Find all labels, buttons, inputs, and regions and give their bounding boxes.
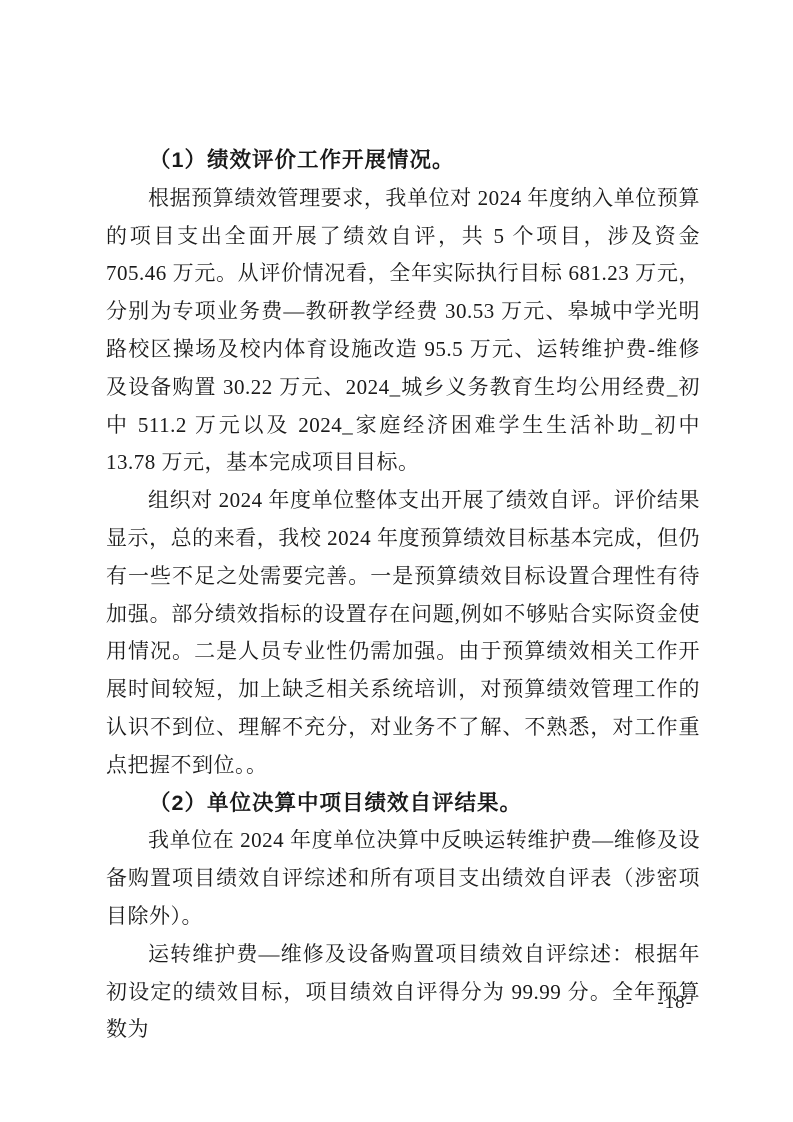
paragraph-overall-expenditure-evaluation: 组织对 2024 年度单位整体支出开展了绩效自评。评价结果显示，总的来看，我校 …: [106, 482, 700, 784]
section-heading-final-accounts-results: （2）单位决算中项目绩效自评结果。: [106, 785, 700, 823]
document-page: （1）绩效评价工作开展情况。 根据预算绩效管理要求，我单位对 2024 年度纳入…: [0, 0, 793, 1122]
section-heading-performance-evaluation: （1）绩效评价工作开展情况。: [106, 142, 700, 180]
paragraph-self-evaluation-overview: 根据预算绩效管理要求，我单位对 2024 年度纳入单位预算的项目支出全面开展了绩…: [106, 180, 700, 482]
page-number: -18-: [657, 992, 693, 1014]
paragraph-final-accounts-reflection: 我单位在 2024 年度单位决算中反映运转维护费—维修及设备购置项目绩效自评综述…: [106, 822, 700, 935]
paragraph-maintenance-fee-summary: 运转维护费—维修及设备购置项目绩效自评综述：根据年初设定的绩效目标，项目绩效自评…: [106, 936, 700, 1049]
page-body-text: （1）绩效评价工作开展情况。 根据预算绩效管理要求，我单位对 2024 年度纳入…: [106, 142, 700, 1049]
